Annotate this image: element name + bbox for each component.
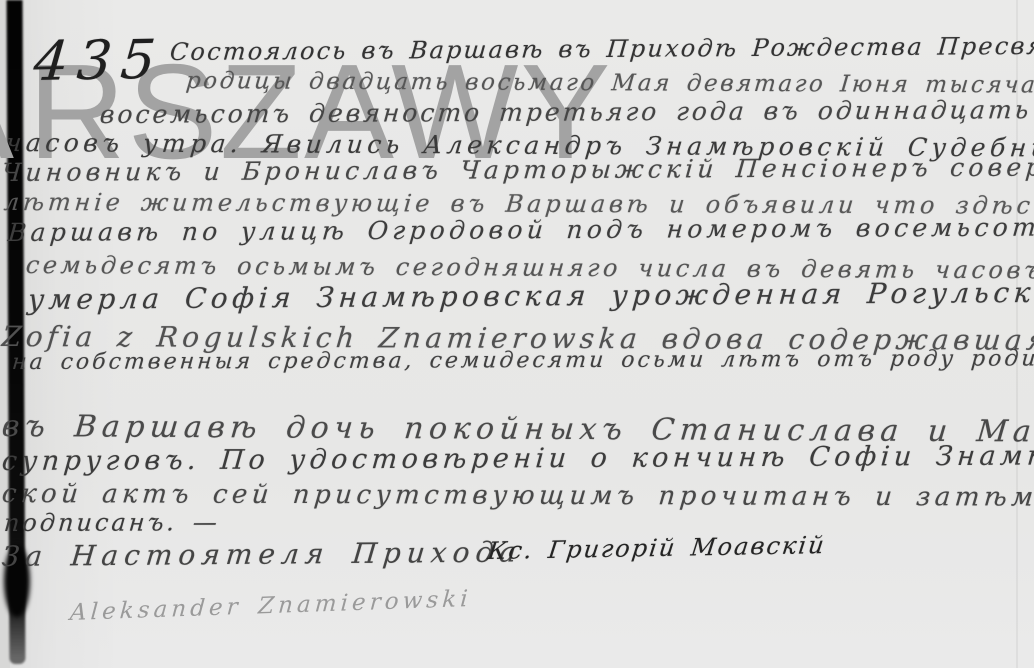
handwriting-line-03: восемьсотъ девяносто третьяго года въ од… xyxy=(99,95,1033,129)
handwriting-line-05: Чиновникъ и Брониславъ Чарторыжскій Пенс… xyxy=(1,152,1034,187)
handwriting-line-02: родицы двадцать восьмаго Мая девятаго Ію… xyxy=(185,68,1034,98)
record-number: 435 xyxy=(31,28,167,93)
handwriting-line-09: умерла Софія Знамѣровская урожденная Рог… xyxy=(27,276,1034,316)
handwriting-line-13: супруговъ. По удостовѣреніи о кончинѣ Со… xyxy=(1,440,1034,477)
priest-signature: Кс. Григорій Моавскій xyxy=(486,531,827,565)
handwriting-line-01: Состоялось въ Варшавѣ въ Приходѣ Рождест… xyxy=(169,31,1034,66)
handwriting-line-11: на собственныя средства, семидесяти осьм… xyxy=(11,346,1034,375)
handwriting-line-15: подписанъ. — xyxy=(3,508,221,537)
officiant-title: За Настоятеля Прихода xyxy=(0,535,523,573)
watermark-top-row: AŃSTWOWE xyxy=(25,0,857,26)
handwriting-line-07: Варшавѣ по улицѣ Огродовой подъ номеромъ… xyxy=(7,212,1034,247)
scanned-document-page: AŃSTWOWE RSZAWY A 435 Состоялось въ Варш… xyxy=(0,0,1034,668)
